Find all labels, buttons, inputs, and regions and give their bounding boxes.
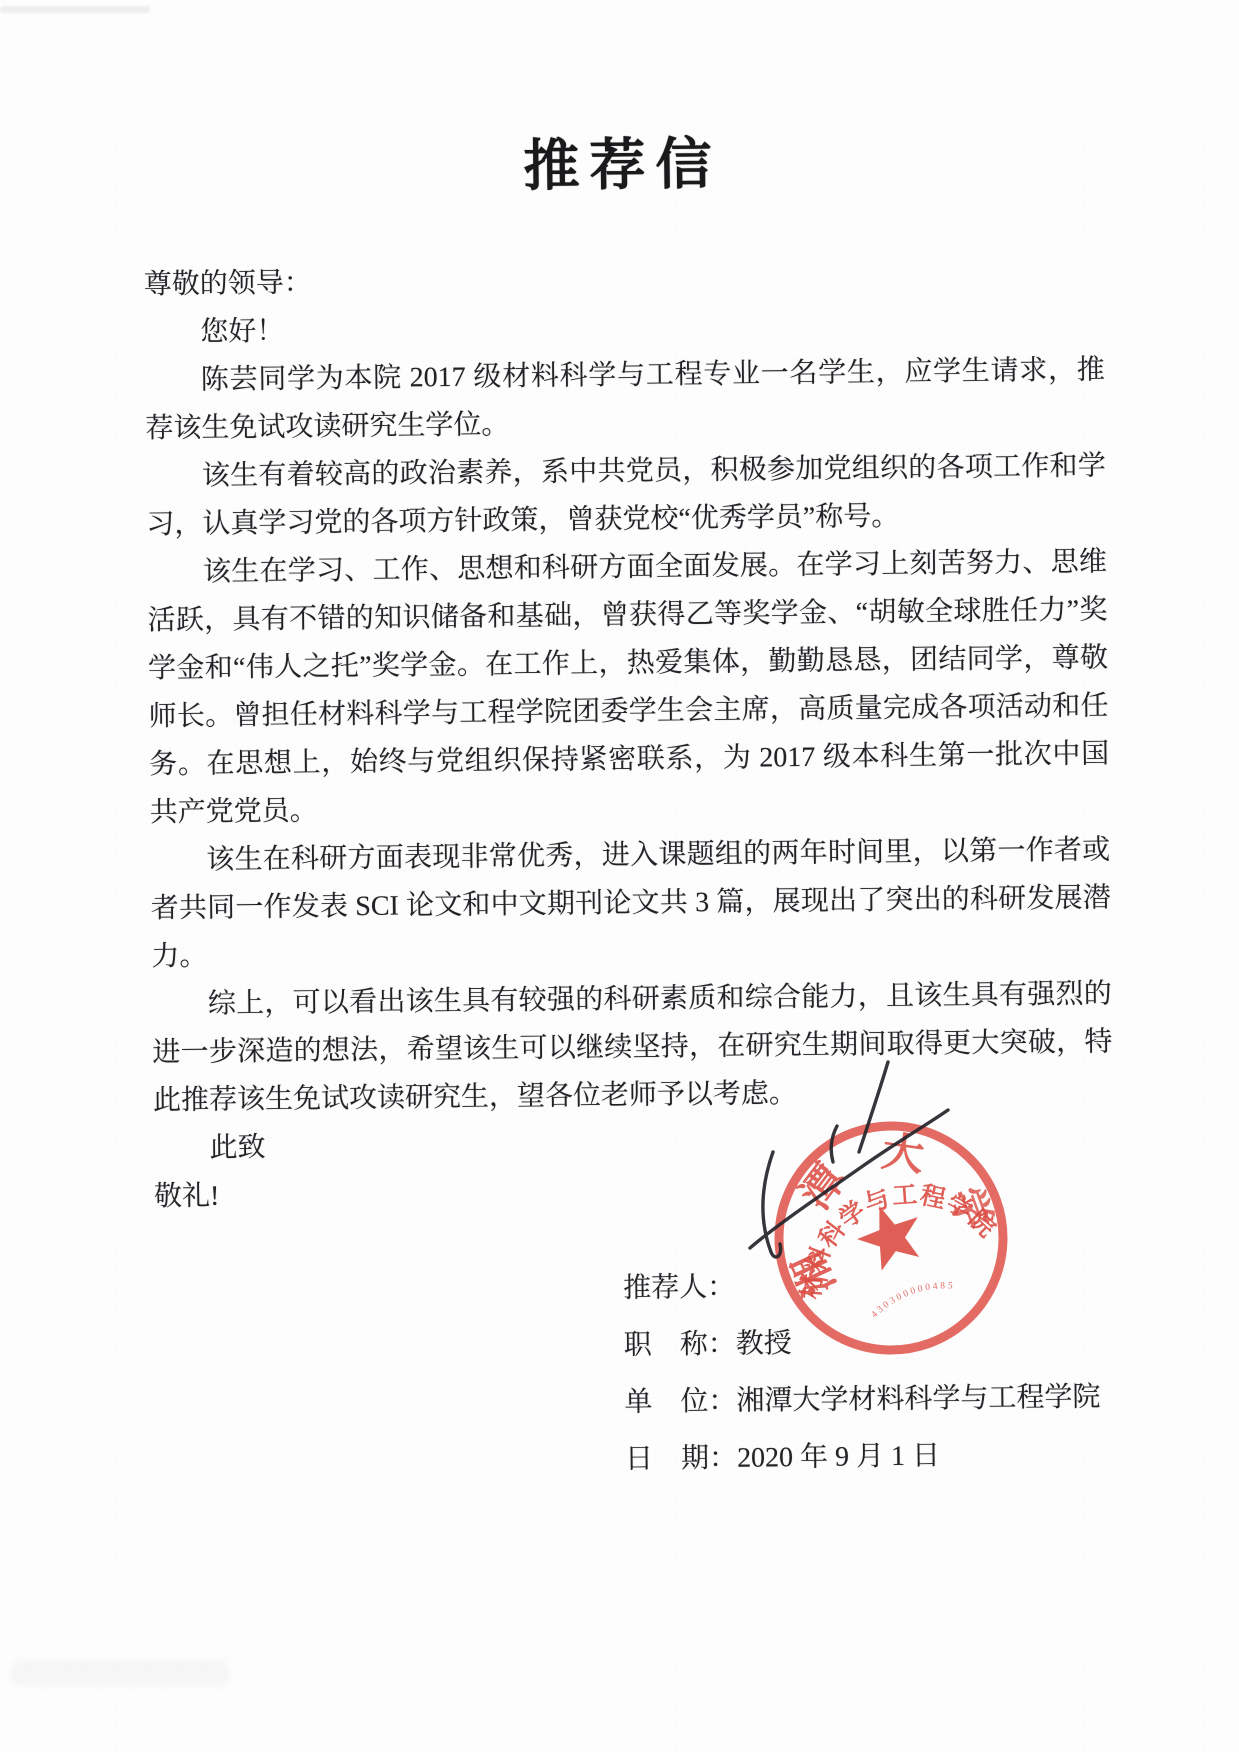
recommender-label: 推荐人： [623,1272,735,1304]
affiliation-value: 湘潭大学材料科学与工程学院 [736,1382,1100,1417]
title-label: 职 称： [624,1329,736,1361]
letter-body: 推荐信 尊敬的领导： 您好！ 陈芸同学为本院 2017 级材料科学与工程专业一名… [142,125,1117,1494]
signature-block: 推荐人： 职 称：教授 单 位：湘潭大学材料科学与工程学院 日 期：2020 年… [623,1254,1118,1488]
affiliation-label: 单 位： [624,1386,736,1418]
scan-artifact [10,1660,230,1686]
paragraph: 综上，可以看出该生具有较强的科研素质和综合能力，且该生具有强烈的进一步深造的想法… [152,971,1114,1126]
date-label: 日 期： [625,1443,737,1475]
title-value: 教授 [736,1328,792,1360]
letter-title: 推荐信 [142,125,1103,206]
scanned-letter-page: 推荐信 尊敬的领导： 您好！ 陈芸同学为本院 2017 级材料科学与工程专业一名… [0,0,1239,1752]
paragraph: 该生在学习、工作、思想和科研方面全面发展。在学习上刻苦努力、思维活跃，具有不错的… [147,539,1110,838]
paragraph: 陈芸同学为本院 2017 级材料科学与工程专业一名学生，应学生请求，推荐该生免试… [145,347,1106,454]
paragraph: 该生有着较高的政治素养，系中共党员，积极参加党组织的各项工作和学习，认真学习党的… [146,443,1107,550]
date-value: 2020 年 9 月 1 日 [737,1440,940,1473]
paragraph: 该生在科研方面表现非常优秀，进入课题组的两年时间里，以第一作者或者共同一作发表 … [150,827,1112,982]
scan-artifact [0,6,150,13]
closing-salute: 敬礼! [154,1162,1114,1221]
